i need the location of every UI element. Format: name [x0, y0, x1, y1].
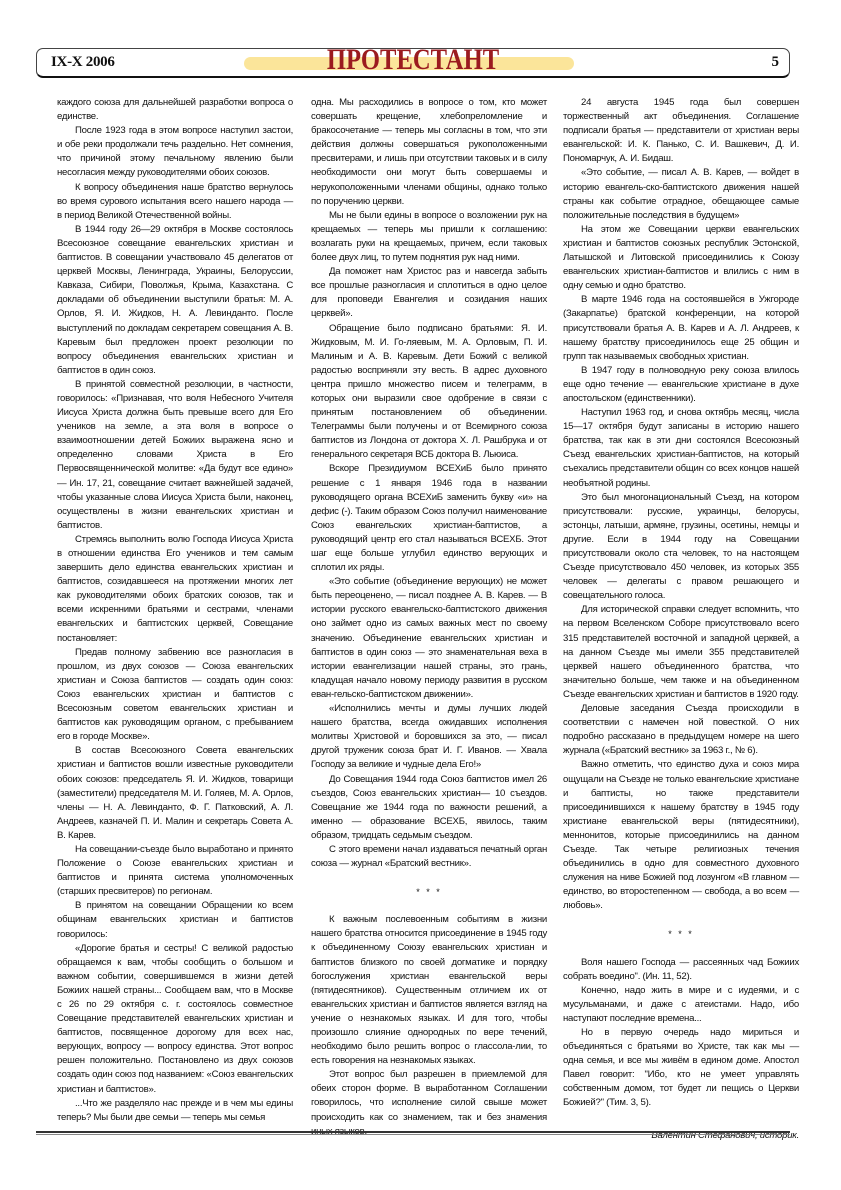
paragraph: Но в первую очередь надо мириться и объе…: [563, 1026, 799, 1111]
paragraph: Воля нашего Господа — рассеянных чад Бож…: [563, 956, 799, 984]
paragraph: К вопросу объединения наше братство верн…: [57, 181, 293, 223]
paragraph: 24 августа 1945 года был совершен торжес…: [563, 96, 799, 166]
paragraph: «Это событие, — писал А. В. Карев, — вой…: [563, 166, 799, 222]
paragraph: В 1947 году в полноводную реку союза вли…: [563, 364, 799, 406]
paragraph: До Совещания 1944 года Союз баптистов им…: [311, 773, 547, 843]
paragraph: Для исторической справки следует вспомни…: [563, 603, 799, 702]
paragraph: После 1923 года в этом вопросе наступил …: [57, 124, 293, 180]
paragraph: Мы не были едины в вопросе о возложении …: [311, 209, 547, 265]
section-divider: * * *: [311, 885, 547, 899]
paragraph: Вскоре Президиумом ВСЕХиБ было принято р…: [311, 462, 547, 575]
paragraph: «Исполнились мечты и думы лучших людей н…: [311, 702, 547, 772]
paragraph: На совещании-съезде было выработано и пр…: [57, 843, 293, 899]
paragraph: одна. Мы расходились в вопросе о том, кт…: [311, 96, 547, 209]
paragraph: ...Что же разделяло нас прежде и в чем м…: [57, 1097, 293, 1125]
footer-rule: [36, 1131, 790, 1135]
section-divider: * * *: [563, 927, 799, 941]
paragraph: Стремясь выполнить волю Господа Иисуса Х…: [57, 533, 293, 646]
paragraph: Наступил 1963 год, и снова октябрь месяц…: [563, 406, 799, 491]
paragraph: С этого времени начал издаваться печатны…: [311, 843, 547, 871]
paragraph: В принятой совместной резолюции, в частн…: [57, 378, 293, 533]
article-body: каждого союза для дальнейшей разработки …: [57, 96, 785, 1116]
paragraph: В 1944 году 26—29 октября в Москве состо…: [57, 223, 293, 378]
paragraph: Этот вопрос был разрешен в приемлемой дл…: [311, 1068, 547, 1138]
paragraph: Деловые заседания Съезда происходили в с…: [563, 702, 799, 758]
paragraph: На этом же Совещании церкви евангельских…: [563, 223, 799, 293]
paragraph: К важным послевоенным событиям в жизни н…: [311, 913, 547, 1068]
paragraph: «Это событие (объединение верующих) не м…: [311, 575, 547, 702]
page-header: IX-X 2006 ПРОТЕСТАНТ 5: [36, 48, 790, 78]
column-2: одна. Мы расходились в вопросе о том, кт…: [311, 96, 547, 1139]
paragraph: Да поможет нам Христос раз и навсегда за…: [311, 265, 547, 321]
paragraph: Обращение было подписано братьями: Я. И.…: [311, 322, 547, 463]
paragraph: В марте 1946 года на состоявшейся в Ужго…: [563, 293, 799, 363]
paragraph: В принятом на совещании Обращении ко все…: [57, 899, 293, 941]
paragraph: Предав полному забвению все разногласия …: [57, 646, 293, 745]
paragraph: В состав Всесоюзного Совета евангельских…: [57, 744, 293, 843]
paragraph: «Дорогие братья и сестры! С великой радо…: [57, 942, 293, 1097]
paragraph: Конечно, надо жить в мире и с иудеями, и…: [563, 984, 799, 1026]
paragraph: Важно отметить, что единство духа и союз…: [563, 758, 799, 913]
paragraph: Это был многонациональный Съезд, на кото…: [563, 491, 799, 604]
column-1: каждого союза для дальнейшей разработки …: [57, 96, 293, 1125]
masthead-title: ПРОТЕСТАНТ: [105, 41, 722, 79]
paragraph: каждого союза для дальнейшей разработки …: [57, 96, 293, 124]
column-3: 24 августа 1945 года был совершен торжес…: [563, 96, 799, 1143]
page-number: 5: [772, 54, 780, 71]
